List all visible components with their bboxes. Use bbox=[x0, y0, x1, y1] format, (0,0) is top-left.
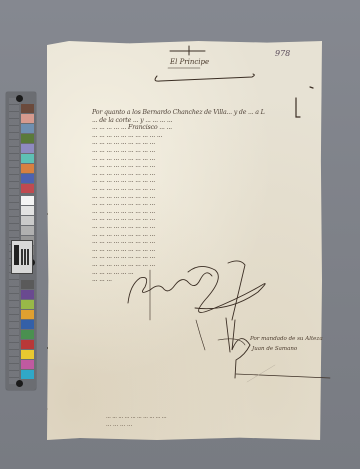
body-text-line: ... ... ... ... ... ... ... ... ... bbox=[92, 246, 308, 253]
body-text-line: ... ... ... ... ... ... bbox=[92, 269, 242, 276]
body-text-line: ... ... ... ... ... ... ... ... ... bbox=[92, 162, 308, 169]
body-text-line: ... ... ... ... ... ... ... ... ... bbox=[92, 215, 308, 222]
body-text-line: Por quanto a los Bernardo Chanchez de Vi… bbox=[92, 109, 308, 116]
body-text-line: ... ... ... bbox=[92, 276, 152, 283]
body-text-line: ... ... ... ... ... ... ... ... ... bbox=[92, 231, 308, 238]
body-text-line: ... ... ... ... ... ... ... ... ... bbox=[92, 139, 308, 146]
body-text-line: ... ... ... ... ... ... ... ... ... bbox=[92, 238, 308, 245]
body-text-line: ... ... ... ... ... ... ... ... ... bbox=[92, 253, 308, 260]
body-text-line: ... ... ... ... ... ... ... ... ... bbox=[92, 177, 308, 184]
body-text-line: ... ... ... ... ... ... ... ... ... bbox=[92, 147, 308, 154]
body-text-line: ... ... ... ... ... ... ... ... ... bbox=[92, 223, 308, 230]
countersign-line-2: Juan de Samano bbox=[252, 346, 297, 352]
countersign-line-1: Por mandado de su Alteza bbox=[250, 336, 323, 342]
body-text-line: ... ... ... ... ... ... ... ... ... bbox=[92, 155, 308, 162]
body-text-line: ... ... ... ... ... Francisco ... ... bbox=[92, 124, 308, 131]
body-text-line: ... de la corte ... y ... ... ... ... bbox=[92, 117, 308, 124]
body-text-line: ... ... ... ... ... ... ... ... ... bbox=[92, 261, 308, 268]
footer-line-2: ... ... ... ... bbox=[106, 422, 132, 428]
body-text-line: ... ... ... ... ... ... ... ... ... bbox=[92, 185, 308, 192]
body-text-line: ... ... ... ... ... ... ... ... ... bbox=[92, 193, 308, 200]
body-text-line: ... ... ... ... ... ... ... ... ... bbox=[92, 208, 308, 215]
footer-line-1: ... ... ... ... ... ... ... ... ... ... bbox=[106, 414, 166, 420]
body-text-line: ... ... ... ... ... ... ... ... ... ... bbox=[92, 132, 308, 139]
body-text-line: ... ... ... ... ... ... ... ... ... bbox=[92, 200, 308, 207]
body-text-line: ... ... ... ... ... ... ... ... ... bbox=[92, 170, 308, 177]
